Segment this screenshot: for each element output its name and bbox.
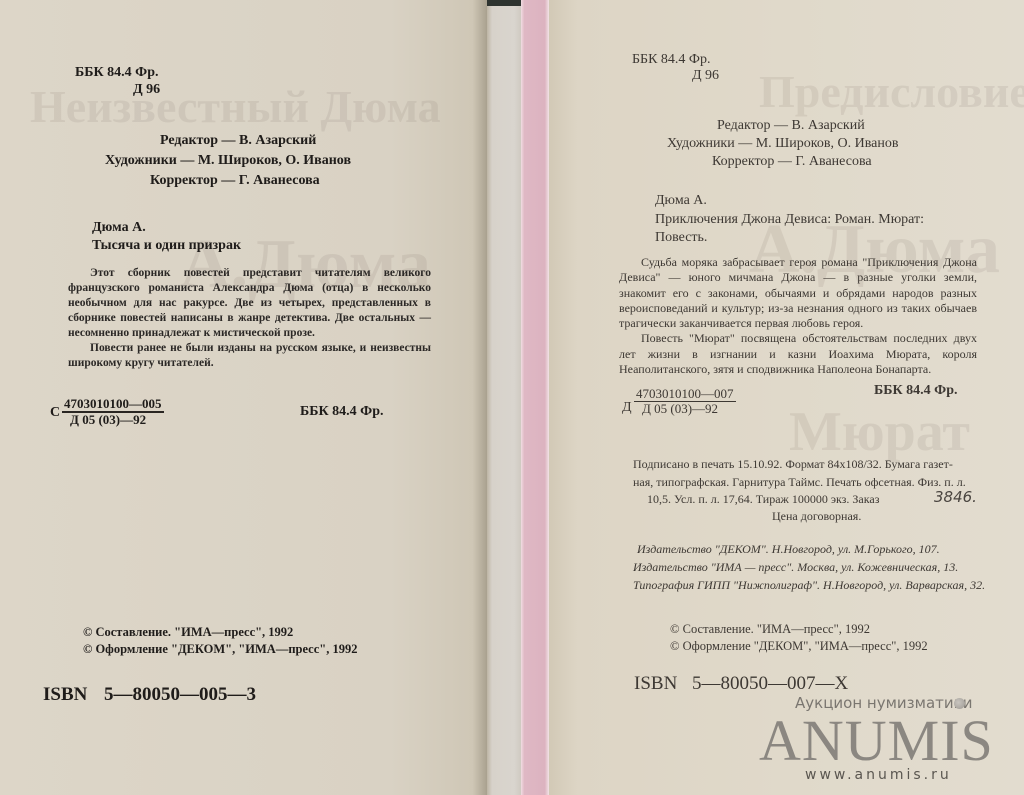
- credit-editor: Редактор — В. Азарский: [717, 118, 865, 134]
- annotation-paragraph: Судьба моряка забрасывает героя романа "…: [619, 255, 977, 331]
- book-title-line-1: Приключения Джона Девиса: Роман. Мюрат:: [655, 212, 924, 228]
- copyright-compilation: © Составление. "ИМА—пресс", 1992: [670, 622, 870, 637]
- publisher-dekom: Издательство "ДЕКОМ". Н.Новгород, ул. М.…: [637, 542, 940, 557]
- credit-corrector: Корректор — Г. Аванесова: [712, 154, 872, 170]
- right-page: Предисловие А.Дюма Мюрат ББК 84.4 Фр. Д …: [549, 0, 1024, 795]
- copyright-design: © Оформление "ДЕКОМ", "ИМА—пресс", 1992: [83, 642, 357, 657]
- publication-index: 4703010100—007 Д 05 (03)—92: [634, 387, 736, 416]
- isbn-number: 5—80050—005—3: [104, 684, 256, 706]
- isbn-number: 5—80050—007—X: [692, 673, 848, 695]
- printing-house: Типография ГИПП "Нижполиграф". Н.Новгоро…: [633, 578, 985, 593]
- annotation-paragraph: Повесть "Мюрат" посвящена обстоятельства…: [619, 331, 977, 377]
- bbk-code-bottom: ББК 84.4 Фр.: [874, 383, 957, 399]
- spine-gray-strip: [487, 0, 521, 795]
- index-denominator: Д 05 (03)—92: [634, 402, 736, 416]
- book-title: Тысяча и один призрак: [92, 238, 241, 254]
- watermark-url[interactable]: www.anumis.ru: [805, 767, 952, 783]
- price: Цена договорная.: [772, 509, 861, 524]
- annotation: Судьба моряка забрасывает героя романа "…: [619, 255, 977, 377]
- book-title-line-2: Повесть.: [655, 230, 707, 246]
- index-numerator: 4703010100—005: [62, 397, 164, 413]
- order-number-handwritten: 3846.: [934, 488, 977, 506]
- spine-pink-strip: [521, 0, 549, 795]
- index-prefix: Д: [622, 400, 632, 416]
- publication-index: 4703010100—005 Д 05 (03)—92: [62, 397, 164, 427]
- publisher-ima: Издательство "ИМА — пресс". Москва, ул. …: [633, 560, 958, 575]
- watermark-brand: ANUMIS: [759, 712, 994, 770]
- show-through-text: Предисловие: [759, 65, 1024, 118]
- author-mark: Д 96: [133, 82, 160, 98]
- bbk-code: ББК 84.4 Фр.: [632, 52, 710, 68]
- imprint-line-2: ная, типографская. Гарнитура Таймс. Печа…: [633, 475, 966, 490]
- annotation: Этот сборник повестей представит читател…: [68, 266, 431, 371]
- credit-artists: Художники — М. Широков, О. Иванов: [105, 153, 351, 169]
- spine-shadow: [487, 0, 521, 6]
- isbn-label: ISBN: [43, 684, 87, 706]
- credit-corrector: Корректор — Г. Аванесова: [150, 173, 320, 189]
- credit-editor: Редактор — В. Азарский: [160, 133, 316, 149]
- show-through-text: Неизвестный Дюма: [30, 80, 441, 133]
- isbn-label: ISBN: [634, 673, 677, 695]
- bbk-code-bottom: ББК 84.4 Фр.: [300, 404, 383, 420]
- imprint-line-1: Подписано в печать 15.10.92. Формат 84х1…: [633, 457, 953, 472]
- book-author: Дюма А.: [92, 220, 146, 236]
- annotation-paragraph: Этот сборник повестей представит читател…: [68, 266, 431, 341]
- imprint-line-3: 10,5. Усл. п. л. 17,64. Тираж 100000 экз…: [647, 492, 879, 507]
- index-denominator: Д 05 (03)—92: [62, 413, 164, 427]
- show-through-text: Мюрат: [789, 400, 970, 464]
- left-page: Неизвестный Дюма A.Дюма ББК 84.4 Фр. Д 9…: [0, 0, 487, 795]
- index-numerator: 4703010100—007: [634, 387, 736, 402]
- credit-artists: Художники — М. Широков, О. Иванов: [667, 136, 898, 152]
- annotation-paragraph: Повести ранее не были изданы на русском …: [68, 341, 431, 371]
- book-author: Дюма А.: [655, 193, 707, 209]
- copyright-compilation: © Составление. "ИМА—пресс", 1992: [83, 625, 293, 640]
- copyright-design: © Оформление "ДЕКОМ", "ИМА—пресс", 1992: [670, 639, 928, 654]
- bbk-code: ББК 84.4 Фр.: [75, 65, 158, 81]
- author-mark: Д 96: [692, 68, 719, 84]
- index-prefix: С: [50, 405, 60, 421]
